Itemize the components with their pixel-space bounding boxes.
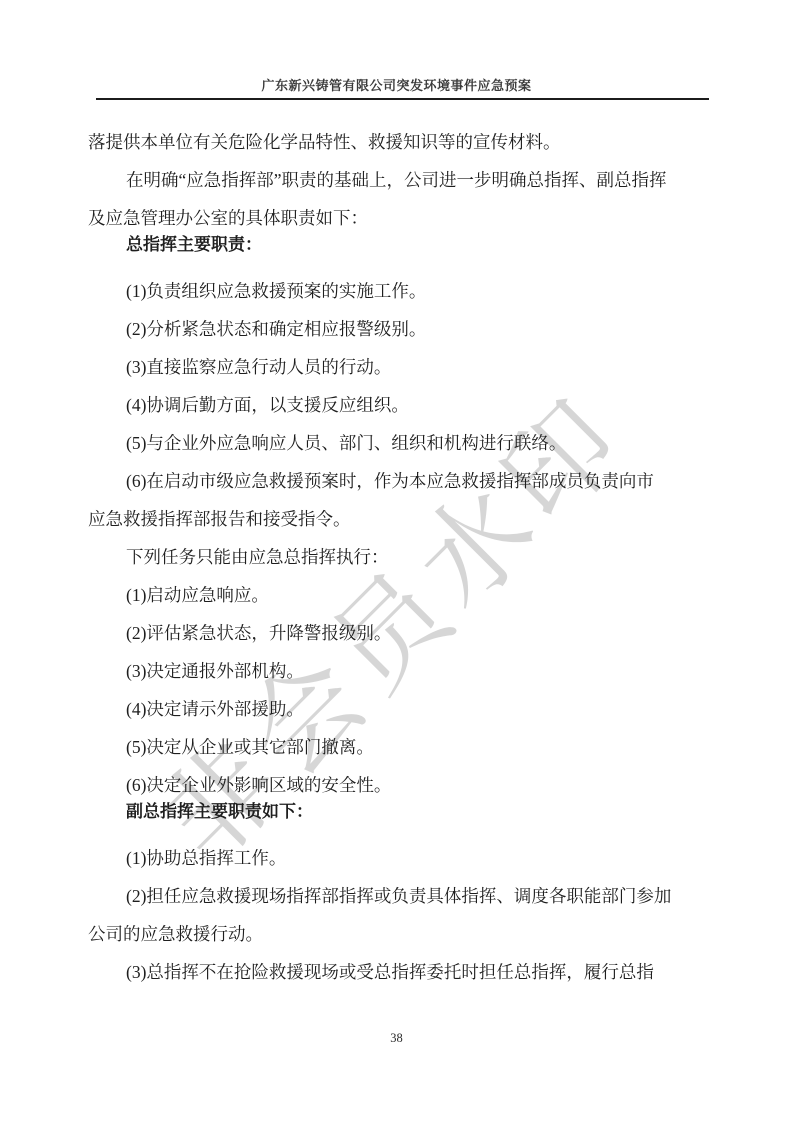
text-line: (3)直接监察应急行动人员的行动。	[88, 348, 708, 386]
page-footer: 38	[0, 1031, 793, 1046]
text-line: (1)协助总指挥工作。	[88, 839, 708, 877]
text-line: 应急救援指挥部报告和接受指令。	[88, 500, 708, 538]
text-line: (6)在启动市级应急救援预案时，作为本应急救援指挥部成员负责向市	[88, 462, 708, 500]
text-line: (3)总指挥不在抢险救援现场或受总指挥委托时担任总指挥，履行总指	[88, 953, 708, 991]
text-line: (4)决定请示外部援助。	[88, 690, 708, 728]
page-number: 38	[390, 1031, 403, 1045]
text-line: 公司的应急救援行动。	[88, 915, 708, 953]
text-line: 下列任务只能由应急总指挥执行：	[88, 538, 708, 576]
page-header-title: 广东新兴铸管有限公司突发环境事件应急预案	[0, 75, 793, 94]
document-page: 广东新兴铸管有限公司突发环境事件应急预案 非会员水印 落提供本单位有关危险化学品…	[0, 0, 793, 1122]
section-heading: 总指挥主要职责：	[88, 226, 708, 264]
document-body: 落提供本单位有关危险化学品特性、救援知识等的宣传材料。在明确“应急指挥部”职责的…	[88, 123, 708, 991]
text-line: (4)协调后勤方面，以支援反应组织。	[88, 386, 708, 424]
text-line: 在明确“应急指挥部”职责的基础上，公司进一步明确总指挥、副总指挥	[88, 161, 708, 199]
text-line: (2)分析紧急状态和确定相应报警级别。	[88, 310, 708, 348]
header-divider	[96, 98, 709, 100]
text-line: 落提供本单位有关危险化学品特性、救援知识等的宣传材料。	[88, 123, 708, 161]
text-line: (5)与企业外应急响应人员、部门、组织和机构进行联络。	[88, 424, 708, 462]
text-line: (1)负责组织应急救援预案的实施工作。	[88, 272, 708, 310]
text-line: (1)启动应急响应。	[88, 576, 708, 614]
text-line: (3)决定通报外部机构。	[88, 652, 708, 690]
text-line: (5)决定从企业或其它部门撤离。	[88, 728, 708, 766]
section-heading: 副总指挥主要职责如下：	[88, 793, 708, 831]
text-line: (2)评估紧急状态，升降警报级别。	[88, 614, 708, 652]
text-line: (2)担任应急救援现场指挥部指挥或负责具体指挥、调度各职能部门参加	[88, 877, 708, 915]
